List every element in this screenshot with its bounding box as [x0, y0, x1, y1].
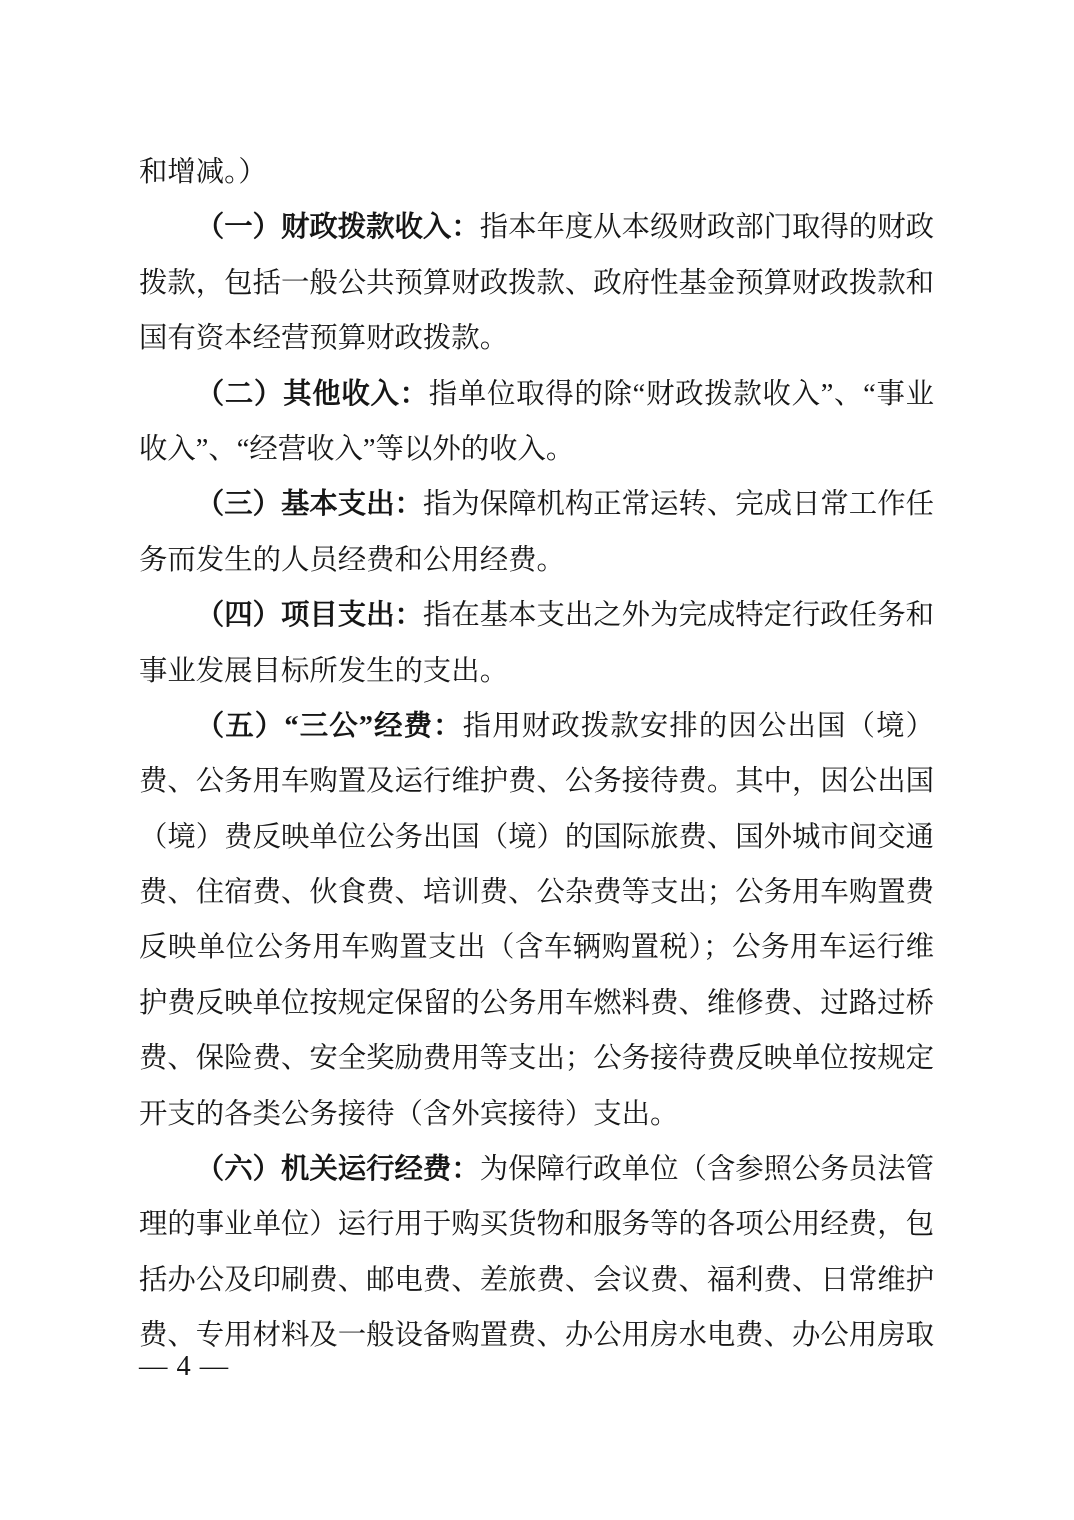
- text-line: （五）“三公”经费：指用财政拨款安排的因公出国（境）: [139, 699, 934, 754]
- text-line: 护费反映单位按规定保留的公务用车燃料费、维修费、过路过桥: [139, 976, 934, 1031]
- text-line: 费、公务用车购置及运行维护费、公务接待费。其中，因公出国: [139, 754, 934, 809]
- text-line: （三）基本支出：指为保障机构正常运转、完成日常工作任: [139, 477, 934, 532]
- text-line: （六）机关运行经费：为保障行政单位（含参照公务员法管: [139, 1142, 934, 1197]
- paragraph-text-run: 括办公及印刷费、邮电费、差旅费、会议费、福利费、日常维护: [139, 1265, 934, 1296]
- text-line: 收入”、“经营收入”等以外的收入。: [139, 422, 934, 477]
- paragraph-text-run: 费、住宿费、伙食费、培训费、公杂费等支出；公务用车购置费: [139, 877, 934, 908]
- paragraph-text-run: 指在基本支出之外为完成特定行政任务和: [423, 600, 934, 631]
- paragraph-text-run: 为保障行政单位（含参照公务员法管: [480, 1154, 934, 1185]
- paragraph-text-run: 指单位取得的除“财政拨款收入”、“事业: [429, 379, 934, 410]
- paragraph-text-run: 指用财政拨款安排的因公出国（境）: [463, 711, 934, 742]
- text-line: 理的事业单位）运行用于购买货物和服务等的各项公用经费，包: [139, 1197, 934, 1252]
- text-line: （一）财政拨款收入：指本年度从本级财政部门取得的财政: [139, 200, 934, 255]
- paragraph-text-run: 国有资本经营预算财政拨款。: [139, 323, 508, 354]
- paragraph-text-run: 和增减。）: [139, 157, 267, 188]
- paragraph-text-run: 开支的各类公务接待（含外宾接待）支出。: [139, 1099, 678, 1130]
- paragraph-text-run: （境）费反映单位公务出国（境）的国际旅费、国外城市间交通: [139, 822, 934, 853]
- paragraph-heading-run: （三）基本支出：: [196, 489, 423, 520]
- paragraph-heading-run: （五）“三公”经费：: [196, 711, 463, 742]
- paragraph-text-run: 费、专用材料及一般设备购置费、办公用房水电费、办公用房取: [139, 1320, 934, 1351]
- paragraph-text-run: 反映单位公务用车购置支出（含车辆购置税）；公务用车运行维: [139, 932, 934, 963]
- page-number: — 4 —: [139, 1347, 229, 1387]
- text-line: 反映单位公务用车购置支出（含车辆购置税）；公务用车运行维: [139, 920, 934, 975]
- paragraph-heading-run: （四）项目支出：: [196, 600, 423, 631]
- text-line: 拨款，包括一般公共预算财政拨款、政府性基金预算财政拨款和: [139, 256, 934, 311]
- text-line: 事业发展目标所发生的支出。: [139, 644, 934, 699]
- text-line: 费、保险费、安全奖励费用等支出；公务接待费反映单位按规定: [139, 1031, 934, 1086]
- text-block: 和增减。）（一）财政拨款收入：指本年度从本级财政部门取得的财政拨款，包括一般公共…: [139, 145, 934, 1364]
- paragraph-text-run: 费、公务用车购置及运行维护费、公务接待费。其中，因公出国: [139, 766, 934, 797]
- paragraph-text-run: 费、保险费、安全奖励费用等支出；公务接待费反映单位按规定: [139, 1043, 934, 1074]
- text-line: 开支的各类公务接待（含外宾接待）支出。: [139, 1087, 934, 1142]
- paragraph-text-run: 护费反映单位按规定保留的公务用车燃料费、维修费、过路过桥: [139, 988, 934, 1019]
- text-line: 费、专用材料及一般设备购置费、办公用房水电费、办公用房取: [139, 1308, 934, 1363]
- text-line: （四）项目支出：指在基本支出之外为完成特定行政任务和: [139, 588, 934, 643]
- paragraph-text-run: 务而发生的人员经费和公用经费。: [139, 545, 565, 576]
- text-line: （境）费反映单位公务出国（境）的国际旅费、国外城市间交通: [139, 810, 934, 865]
- paragraph-text-run: 拨款，包括一般公共预算财政拨款、政府性基金预算财政拨款和: [139, 268, 934, 299]
- text-line: 国有资本经营预算财政拨款。: [139, 311, 934, 366]
- paragraph-text-run: 理的事业单位）运行用于购买货物和服务等的各项公用经费，包: [139, 1209, 934, 1240]
- text-line: 务而发生的人员经费和公用经费。: [139, 533, 934, 588]
- text-line: 费、住宿费、伙食费、培训费、公杂费等支出；公务用车购置费: [139, 865, 934, 920]
- paragraph-heading-run: （六）机关运行经费：: [196, 1154, 480, 1185]
- paragraph-text-run: 收入”、“经营收入”等以外的收入。: [139, 434, 574, 465]
- text-line: 和增减。）: [139, 145, 934, 200]
- paragraph-text-run: 指为保障机构正常运转、完成日常工作任: [423, 489, 934, 520]
- paragraph-text-run: 事业发展目标所发生的支出。: [139, 656, 508, 687]
- paragraph-text-run: 指本年度从本级财政部门取得的财政: [480, 212, 934, 243]
- paragraph-heading-run: （二）其他收入：: [196, 379, 429, 410]
- text-line: 括办公及印刷费、邮电费、差旅费、会议费、福利费、日常维护: [139, 1253, 934, 1308]
- paragraph-heading-run: （一）财政拨款收入：: [196, 212, 480, 243]
- text-line: （二）其他收入：指单位取得的除“财政拨款收入”、“事业: [139, 367, 934, 422]
- document-page: 和增减。）（一）财政拨款收入：指本年度从本级财政部门取得的财政拨款，包括一般公共…: [0, 0, 1074, 1520]
